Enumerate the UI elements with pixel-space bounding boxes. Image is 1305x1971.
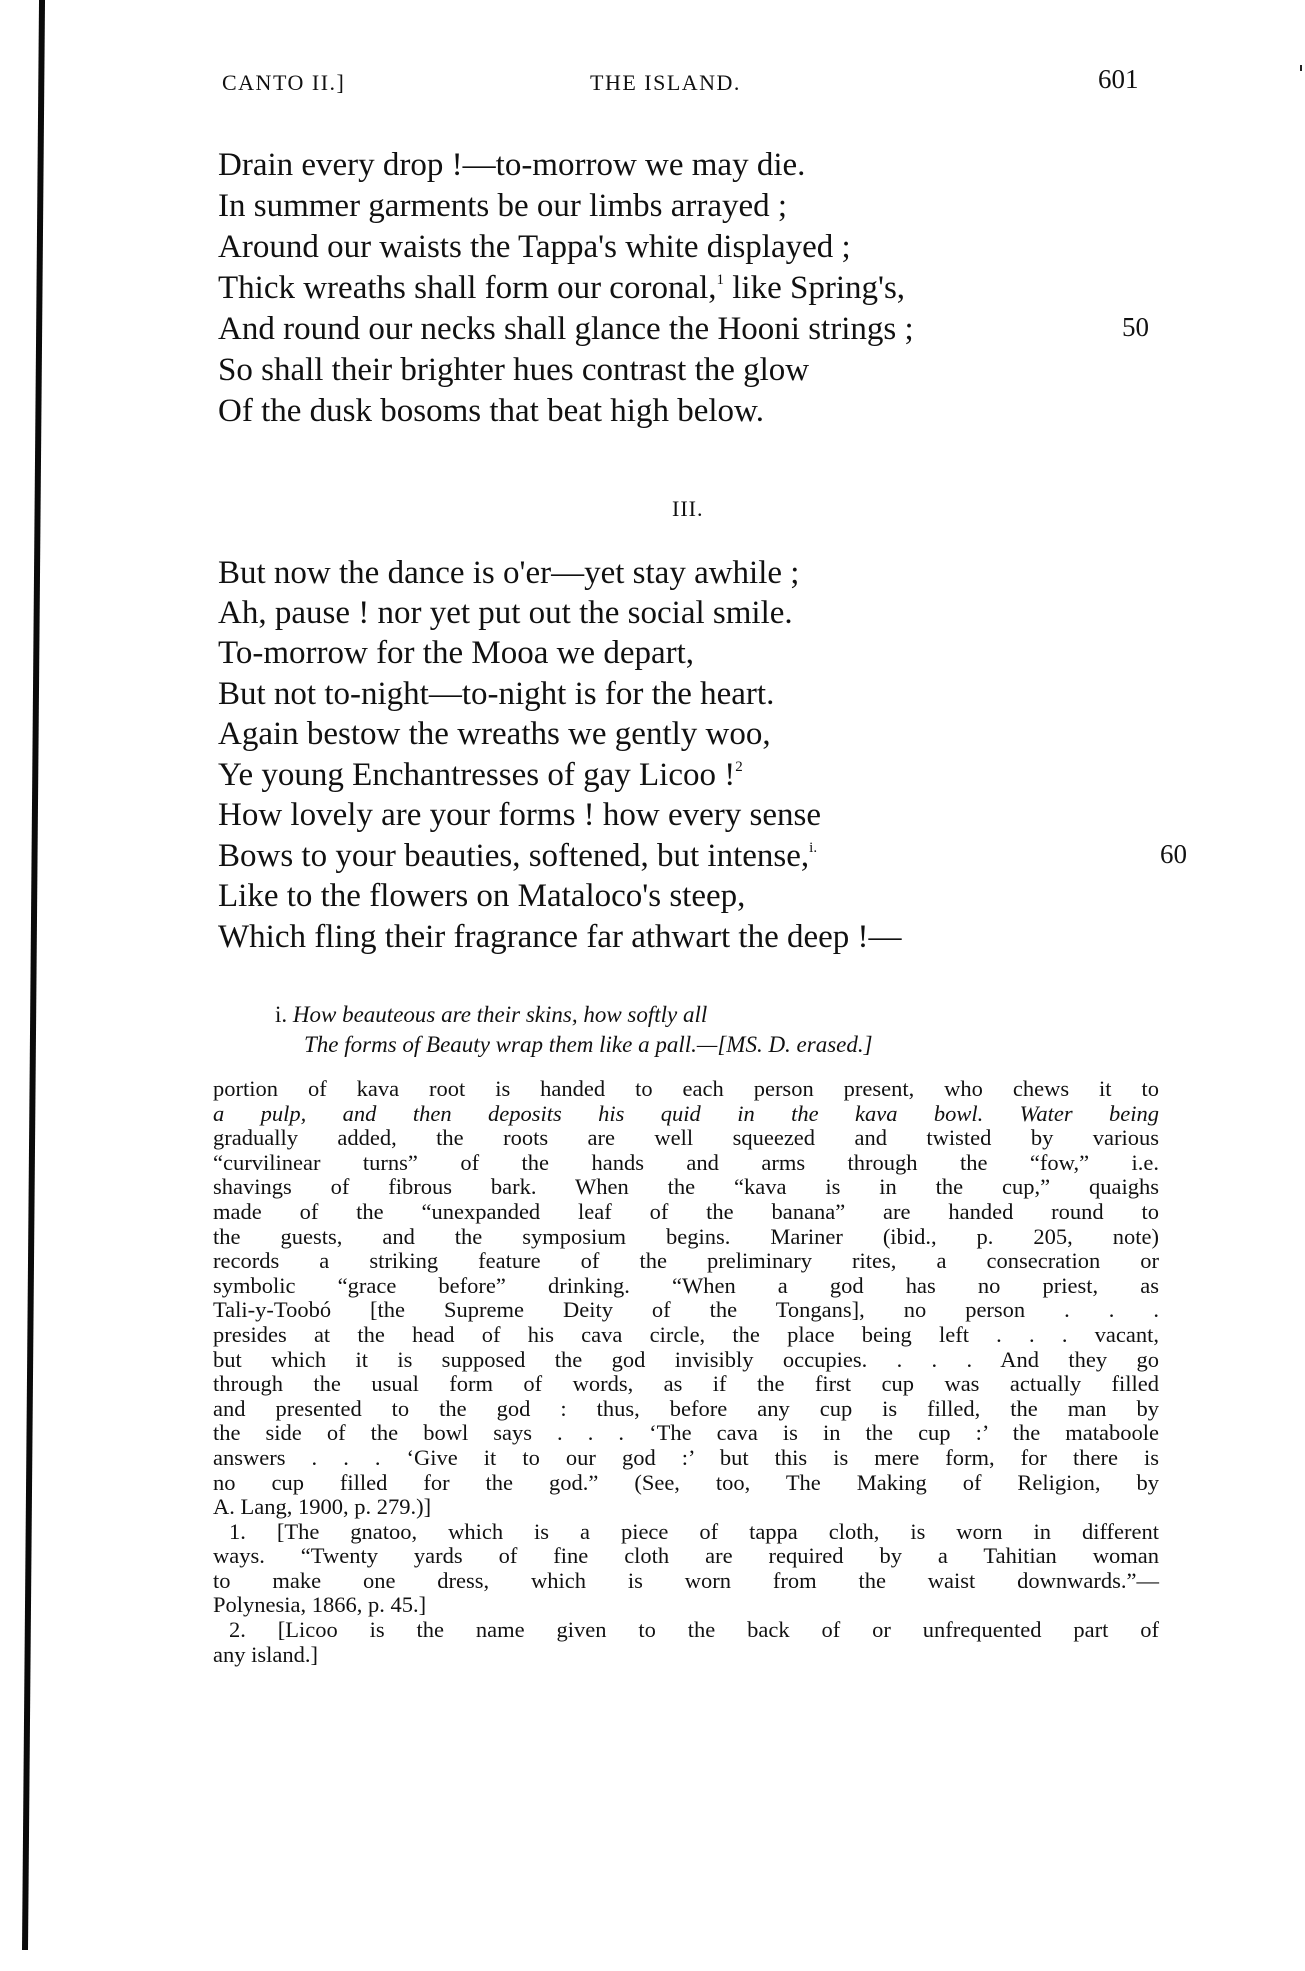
verse-text: Thick wreaths shall form our coronal, [218, 270, 717, 306]
footnote-line: and presented to the god : thus, before … [213, 1397, 1159, 1422]
variant-note-line: i. How beauteous are their skins, how so… [275, 1002, 707, 1028]
verse-line: Thick wreaths shall form our coronal,1 l… [218, 268, 905, 308]
verse-line: To-morrow for the Mooa we depart, [218, 633, 694, 673]
footnote-line: answers . . . ‘Give it to our god :’ but… [213, 1446, 1159, 1471]
footnote-1-line: Polynesia, 1866, p. 45.] [213, 1593, 1159, 1618]
scan-speck [1300, 65, 1302, 71]
footnote-line: shavings of fibrous bark. When the “kava… [213, 1175, 1159, 1200]
footnote-line: no cup filled for the god.” (See, too, T… [213, 1471, 1159, 1496]
verse-text: Bows to your beauties, softened, but int… [218, 838, 809, 874]
verse-line: So shall their brighter hues contrast th… [218, 350, 809, 390]
footnote-2-line: 2. [Licoo is the name given to the back … [213, 1618, 1159, 1643]
running-header-title: THE ISLAND. [590, 70, 741, 96]
verse-line: But not to-night—to-night is for the hea… [218, 674, 774, 714]
footnote-line: Tali-y-Toobó [the Supreme Deity of the T… [213, 1298, 1159, 1323]
footnote-1-line: to make one dress, which is worn from th… [213, 1569, 1159, 1594]
verse-line: Of the dusk bosoms that beat high below. [218, 391, 764, 431]
verse-line: Around our waists the Tappa's white disp… [218, 227, 851, 267]
page-number: 601 [1098, 64, 1139, 95]
running-header-canto: CANTO II.] [222, 70, 345, 96]
page-binding-edge [22, 0, 45, 1950]
verse-line: But now the dance is o'er—yet stay awhil… [218, 553, 799, 593]
footnote-line: but which it is supposed the god invisib… [213, 1348, 1159, 1373]
verse-line: In summer garments be our limbs arrayed … [218, 186, 787, 226]
footnote-line: A. Lang, 1900, p. 279.)] [213, 1495, 1159, 1520]
variant-mark-i[interactable]: i. [809, 840, 817, 856]
footnote-line: records a striking feature of the prelim… [213, 1249, 1159, 1274]
variant-source: —[MS. D. erased.] [697, 1032, 873, 1057]
footnote-line: a pulp, and then deposits his quid in th… [213, 1102, 1159, 1127]
footnote-line: gradually added, the roots are well sque… [213, 1126, 1159, 1151]
footnote-1-line: ways. “Twenty yards of fine cloth are re… [213, 1544, 1159, 1569]
variant-label: i. [275, 1002, 287, 1027]
footnote-line: presides at the head of his cava circle,… [213, 1323, 1159, 1348]
footnote-line: through the usual form of words, as if t… [213, 1372, 1159, 1397]
footnote-mark-2[interactable]: 2 [735, 759, 743, 775]
line-number: 50 [1122, 312, 1149, 343]
variant-text: How beauteous are their skins, how softl… [293, 1002, 707, 1027]
verse-line: And round our necks shall glance the Hoo… [218, 309, 914, 349]
footnote-line: portion of kava root is handed to each p… [213, 1077, 1159, 1102]
footnote-2-line: any island.] [213, 1643, 1159, 1668]
verse-line: Again bestow the wreaths we gently woo, [218, 714, 771, 754]
verse-text: Ye young Enchantresses of gay Licoo ! [218, 757, 735, 793]
footnote-line: made of the “unexpanded leaf of the bana… [213, 1200, 1159, 1225]
verse-text: like Spring's, [724, 270, 905, 306]
verse-line: Ye young Enchantresses of gay Licoo !2 [218, 755, 743, 795]
verse-line: Ah, pause ! nor yet put out the social s… [218, 593, 793, 633]
verse-line: Which fling their fragrance far athwart … [218, 917, 902, 957]
variant-text: The forms of Beauty wrap them like a pal… [304, 1032, 697, 1057]
footnote-line: the side of the bowl says . . . ‘The cav… [213, 1421, 1159, 1446]
footnote-mark-1[interactable]: 1 [717, 272, 725, 288]
footnote-line: symbolic “grace before” drinking. “When … [213, 1274, 1159, 1299]
section-heading: III. [672, 496, 703, 522]
line-number: 60 [1160, 839, 1187, 870]
verse-line: Like to the flowers on Mataloco's steep, [218, 876, 745, 916]
verse-line: Drain every drop !—to-morrow we may die. [218, 145, 805, 185]
footnote-1-line: 1. [The gnatoo, which is a piece of tapp… [213, 1520, 1159, 1545]
variant-note-line: The forms of Beauty wrap them like a pal… [304, 1032, 873, 1058]
verse-line: Bows to your beauties, softened, but int… [218, 836, 817, 876]
footnote-line: “curvilinear turns” of the hands and arm… [213, 1151, 1159, 1176]
verse-line: How lovely are your forms ! how every se… [218, 795, 821, 835]
footnotes-block: portion of kava root is handed to each p… [213, 1077, 1159, 1667]
footnote-line: the guests, and the symposium begins. Ma… [213, 1225, 1159, 1250]
